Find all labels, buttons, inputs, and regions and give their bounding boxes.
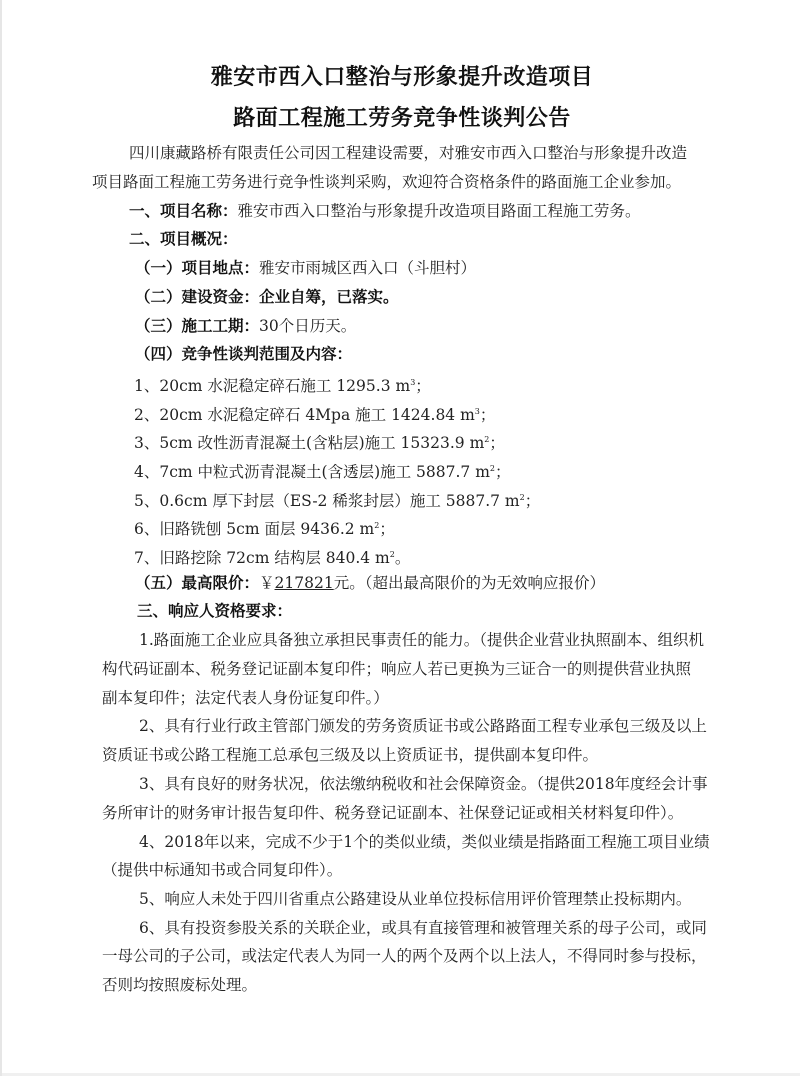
section-qualifications-label: 三、响应人资格要求： [137, 602, 292, 620]
qualification-2-line-1: 2、具有行业行政主管部门颁发的劳务资质证书或公路路面工程专业承包三级及以上 [139, 716, 707, 736]
overview-location-value: 雅安市雨城区西入口（斗胆村） [259, 259, 476, 277]
document-page: 雅安市西入口整治与形象提升改造项目 路面工程施工劳务竞争性谈判公告 四川康藏路桥… [0, 0, 800, 1076]
scope-item-punct: ； [525, 492, 541, 510]
scope-item-punct: ； [379, 520, 395, 538]
qualification-2-line-2: 资质证书或公路工程施工总承包三级及以上资质证书，提供副本复印件。 [102, 745, 598, 765]
scope-item: 4、7cm 中粒式沥青混凝土(含透层)施工 5887.7 m2； [134, 459, 511, 482]
qualification-1-line-2: 构代码证副本、税务登记证副本复印件；响应人若已更换为三证合一的则提供营业执照 [102, 659, 691, 679]
max-price-label: （五）最高限价： [135, 574, 259, 592]
qualification-1-line-3: 副本复印件；法定代表人身份证复印件。） [102, 688, 389, 708]
max-price-unit: 元。 [334, 574, 365, 592]
section-project-name-value: 雅安市西入口整治与形象提升改造项目路面工程施工劳务。 [238, 202, 641, 220]
qualification-6-line-3: 否则均按照废标处理。 [102, 975, 257, 995]
qualification-6-line-2: 一母公司的子公司，或法定代表人为同一人的两个及两个以上法人，不得同时参与投标， [102, 946, 707, 966]
qualification-3-line-2: 务所审计的财务审计报告复印件、税务登记证副本、社保登记证或相关材料复印件）。 [102, 803, 683, 823]
scope-item-text: 5、0.6cm 厚下封层（ES-2 稀浆封层）施工 5887.7 m [134, 492, 520, 510]
scope-item-text: 2、20cm 水泥稳定碎石 4Mpa 施工 1424.84 m [134, 406, 475, 424]
qualification-1-line-1: 1.路面施工企业应具备独立承担民事责任的能力。（提供企业营业执照副本、组织机 [139, 630, 704, 650]
scope-item-punct: ； [489, 434, 505, 452]
overview-scope-label: （四）竞争性谈判范围及内容： [135, 345, 352, 363]
max-price-amount: 217821 [275, 574, 334, 592]
scope-item-text: 1、20cm 水泥稳定碎石施工 1295.3 m [134, 377, 410, 395]
overview-location: （一）项目地点：雅安市雨城区西入口（斗胆村） [135, 258, 476, 278]
scope-item-text: 6、旧路铣刨 5cm 面层 9436.2 m [134, 520, 374, 538]
scope-item: 7、旧路挖除 72cm 结构层 840.4 m2。 [134, 545, 410, 568]
scope-item: 2、20cm 水泥稳定碎石 4Mpa 施工 1424.84 m3； [134, 402, 495, 425]
qualification-6-line-1: 6、具有投资参股关系的关联企业，或具有直接管理和被管理关系的母子公司，或同 [139, 918, 707, 938]
qualification-4-line-1: 4、2018年以来，完成不少于1个的类似业绩，类似业绩是指路面工程施工项目业绩 [139, 832, 710, 852]
qualification-5-line-1: 5、响应人未处于四川省重点公路建设从业单位投标信用评价管理禁止投标期内。 [139, 889, 691, 909]
overview-max-price: （五）最高限价：￥217821元。（超出最高限价的为无效响应报价） [135, 573, 605, 593]
overview-funding: （二）建设资金：企业自筹，已落实。 [135, 287, 399, 307]
scope-item-text: 7、旧路挖除 72cm 结构层 840.4 m [134, 549, 390, 567]
scope-item-punct: ； [495, 463, 511, 481]
scope-item: 5、0.6cm 厚下封层（ES-2 稀浆封层）施工 5887.7 m2； [134, 488, 540, 511]
overview-period-value: 30个日历天。 [259, 317, 356, 335]
scope-item-text: 4、7cm 中粒式沥青混凝土(含透层)施工 5887.7 m [134, 463, 490, 481]
overview-funding-label: （二）建设资金： [135, 288, 259, 306]
section-qualifications-heading: 三、响应人资格要求： [137, 601, 292, 621]
overview-funding-value: 企业自筹，已落实。 [259, 288, 399, 306]
intro-line-2: 项目路面工程施工劳务进行竞争性谈判采购，欢迎符合资格条件的路面施工企业参加。 [92, 172, 681, 192]
max-price-note: （超出最高限价的为无效响应报价） [365, 574, 605, 592]
qualification-4-line-2: （提供中标通知书或合同复印件）。 [102, 860, 342, 880]
scope-item: 3、5cm 改性沥青混凝土(含粘层)施工 15323.9 m2； [134, 430, 505, 453]
intro-line-1: 四川康藏路桥有限责任公司因工程建设需要，对雅安市西入口整治与形象提升改造 [129, 143, 687, 163]
overview-period-label: （三）施工工期： [135, 317, 259, 335]
max-price-currency: ￥ [259, 574, 275, 592]
overview-location-label: （一）项目地点： [135, 259, 259, 277]
section-project-name: 一、项目名称：雅安市西入口整治与形象提升改造项目路面工程施工劳务。 [129, 201, 641, 221]
scope-item-punct: ； [415, 377, 431, 395]
document-title-line-2: 路面工程施工劳务竞争性谈判公告 [2, 101, 800, 132]
overview-scope-heading: （四）竞争性谈判范围及内容： [135, 344, 352, 364]
scope-item-text: 3、5cm 改性沥青混凝土(含粘层)施工 15323.9 m [134, 434, 484, 452]
section-overview-heading: 二、项目概况： [129, 229, 238, 249]
overview-period: （三）施工工期：30个日历天。 [135, 316, 356, 336]
document-title-line-1: 雅安市西入口整治与形象提升改造项目 [2, 60, 800, 91]
section-overview-label: 二、项目概况： [129, 230, 238, 248]
scope-item-punct: ； [480, 406, 496, 424]
scope-item: 6、旧路铣刨 5cm 面层 9436.2 m2； [134, 516, 395, 539]
scope-item-punct: 。 [395, 549, 411, 567]
section-project-name-label: 一、项目名称： [129, 202, 238, 220]
scope-item: 1、20cm 水泥稳定碎石施工 1295.3 m3； [134, 373, 431, 396]
qualification-3-line-1: 3、具有良好的财务状况，依法缴纳税收和社会保障资金。（提供2018年度经会计事 [139, 774, 708, 794]
